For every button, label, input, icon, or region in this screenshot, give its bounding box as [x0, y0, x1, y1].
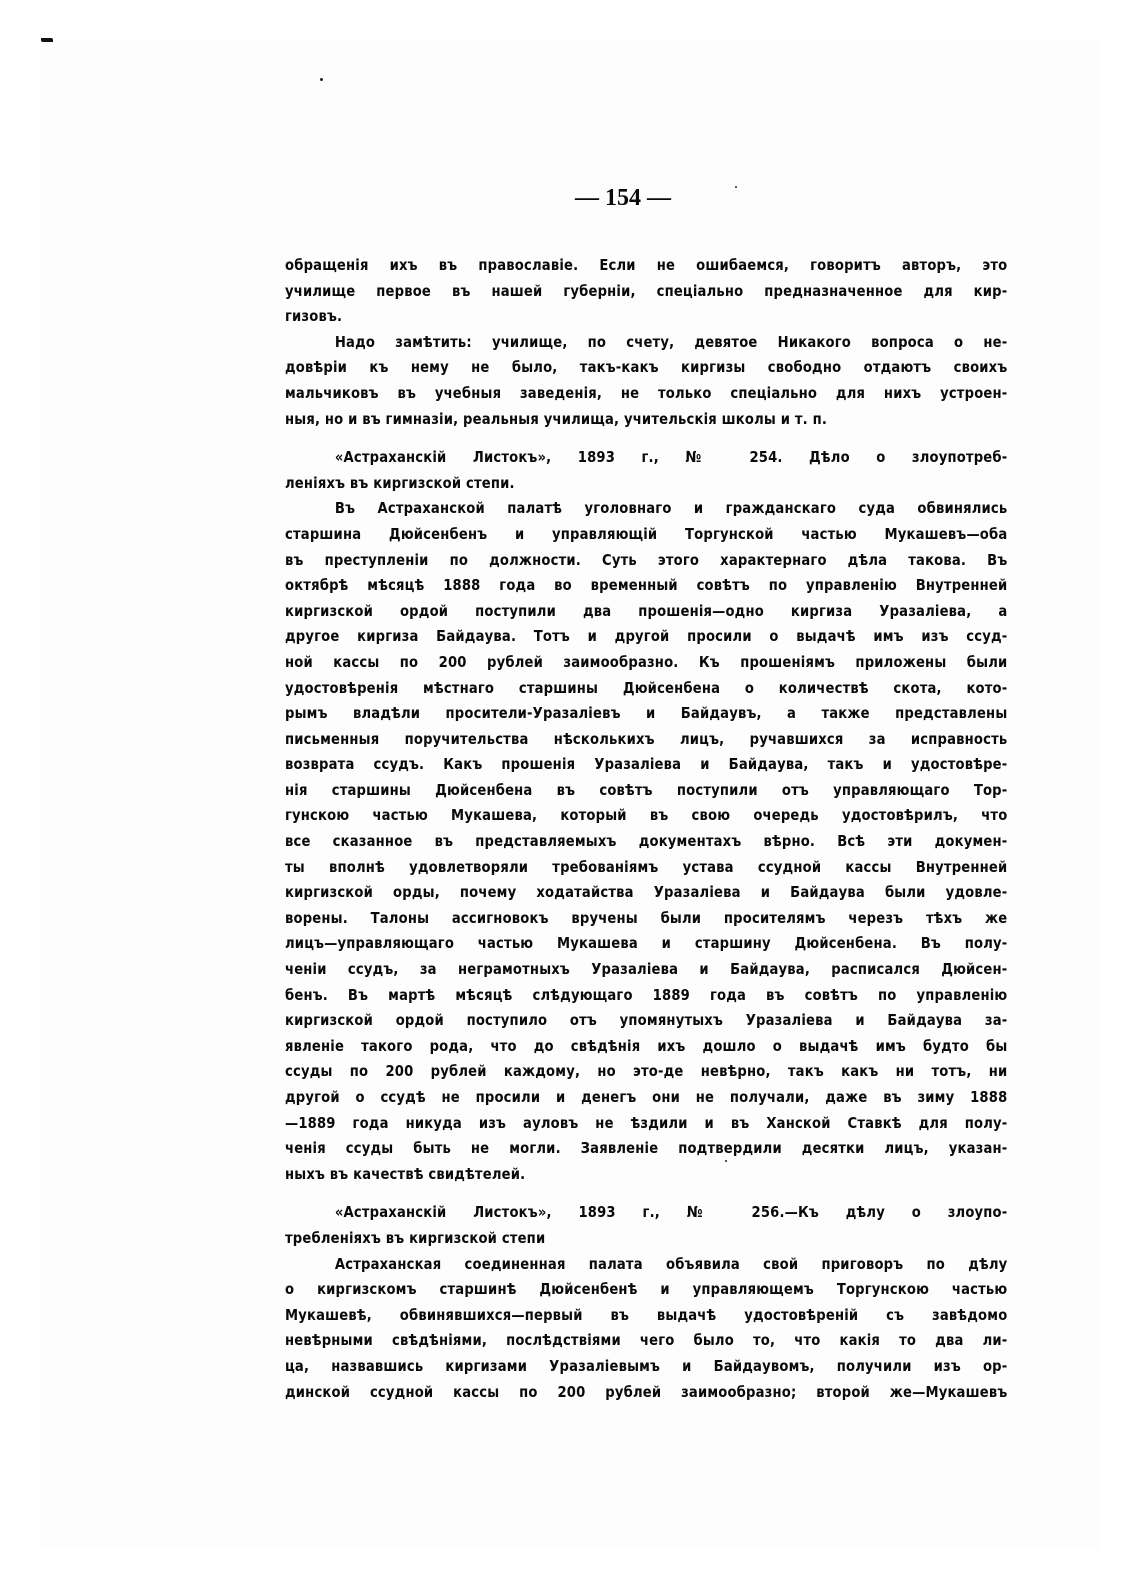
- text-line: гизовъ.: [285, 304, 1007, 330]
- text-line: ца, назвавшись киргизами Уразаліевымъ и …: [285, 1354, 1007, 1380]
- text-line: письменныя поручительства нѣсколькихъ ли…: [285, 727, 1007, 753]
- text-line: училище первое въ нашей губерніи, спеціа…: [285, 279, 1007, 305]
- newspaper-citation-254: «Астраханскій Листокъ», 1893 г., № 254. …: [285, 445, 1007, 496]
- paragraph-verdict: Астраханская соединенная палата объявила…: [285, 1252, 1007, 1406]
- paragraph-case-description: Въ Астраханской палатѣ уголовнаго и граж…: [285, 496, 1007, 1187]
- text-line: гунскою частью Мукашева, который въ свою…: [285, 803, 1007, 829]
- paragraph-continuation: обращенія ихъ въ православіе. Если не ош…: [285, 253, 1007, 330]
- citation-line: требленіяхъ въ киргизской степи: [285, 1226, 1007, 1252]
- text-line: другое киргиза Байдаува. Тотъ и другой п…: [285, 624, 1007, 650]
- text-line: лицъ—управляющаго частью Мукашева и стар…: [285, 931, 1007, 957]
- text-line: киргизской ордой поступили два прошенія—…: [285, 599, 1007, 625]
- text-line: ссуды по 200 рублей каждому, но это-де н…: [285, 1059, 1007, 1085]
- text-line: —1889 года никуда изъ ауловъ не ѣздили и…: [285, 1111, 1007, 1137]
- text-line: удостовѣренія мѣстнаго старшины Дюйсенбе…: [285, 676, 1007, 702]
- page-body: обращенія ихъ въ православіе. Если не ош…: [285, 253, 1007, 1405]
- paragraph-school-note: Надо замѣтить: училище, по счету, девято…: [285, 330, 1007, 432]
- text-line: ченіи ссудъ, за неграмотныхъ Уразаліева …: [285, 957, 1007, 983]
- text-line: киргизской ордой поступило отъ упомянуты…: [285, 1008, 1007, 1034]
- text-line: ченія ссуды быть не могли. Заявленіе под…: [285, 1136, 1007, 1162]
- text-line: нія старшины Дюйсенбена въ совѣтъ поступ…: [285, 778, 1007, 804]
- scan-speck: [735, 186, 737, 188]
- page-number: — 154 —: [575, 185, 671, 212]
- text-line: все сказанное въ представляемыхъ докумен…: [285, 829, 1007, 855]
- scan-speck: [320, 78, 323, 81]
- citation-line: леніяхъ въ киргизской степи.: [285, 471, 1007, 497]
- text-line: динской ссудной кассы по 200 рублей заим…: [285, 1380, 1007, 1406]
- text-line: киргизской орды, почему ходатайства Ураз…: [285, 880, 1007, 906]
- text-line: довѣріи къ нему не было, такъ-какъ кирги…: [285, 355, 1007, 381]
- text-line: бенъ. Въ мартѣ мѣсяцѣ слѣдующаго 1889 го…: [285, 983, 1007, 1009]
- text-line: Мукашевѣ, обвинявшихся—первый въ выдачѣ …: [285, 1303, 1007, 1329]
- text-line: возврата ссудъ. Какъ прошенія Уразаліева…: [285, 752, 1007, 778]
- text-line: явленіе такого рода, что до свѣдѣнія ихъ…: [285, 1034, 1007, 1060]
- text-line: мальчиковъ въ учебныя заведенія, не толь…: [285, 381, 1007, 407]
- text-line: Въ Астраханской палатѣ уголовнаго и граж…: [285, 496, 1007, 522]
- text-line: ной кассы по 200 рублей заимообразно. Къ…: [285, 650, 1007, 676]
- citation-line: «Астраханскій Листокъ», 1893 г., № 256.—…: [285, 1200, 1007, 1226]
- text-line: обращенія ихъ въ православіе. Если не ош…: [285, 253, 1007, 279]
- text-line: Надо замѣтить: училище, по счету, девято…: [285, 330, 1007, 356]
- text-line: Астраханская соединенная палата объявила…: [285, 1252, 1007, 1278]
- scan-corner-mark: [41, 38, 53, 42]
- text-line: въ преступленіи по должности. Суть этого…: [285, 548, 1007, 574]
- text-line: другой о ссудѣ не просили и денегъ они н…: [285, 1085, 1007, 1111]
- citation-line: «Астраханскій Листокъ», 1893 г., № 254. …: [285, 445, 1007, 471]
- text-line: невѣрными свѣдѣніями, послѣдствіями чего…: [285, 1328, 1007, 1354]
- text-line: ныхъ въ качествѣ свидѣтелей.: [285, 1162, 1007, 1188]
- text-line: октябрѣ мѣсяцѣ 1888 года во временный со…: [285, 573, 1007, 599]
- text-line: ныя, но и въ гимназіи, реальныя училища,…: [285, 407, 1007, 433]
- text-line: о киргизскомъ старшинѣ Дюйсенбенѣ и упра…: [285, 1277, 1007, 1303]
- newspaper-citation-256: «Астраханскій Листокъ», 1893 г., № 256.—…: [285, 1200, 1007, 1251]
- text-line: старшина Дюйсенбенъ и управляющій Торгун…: [285, 522, 1007, 548]
- text-line: рымъ владѣли просители-Уразаліевъ и Байд…: [285, 701, 1007, 727]
- text-line: ворены. Талоны ассигновокъ вручены были …: [285, 906, 1007, 932]
- text-line: ты вполнѣ удовлетворяли требованіямъ уст…: [285, 855, 1007, 881]
